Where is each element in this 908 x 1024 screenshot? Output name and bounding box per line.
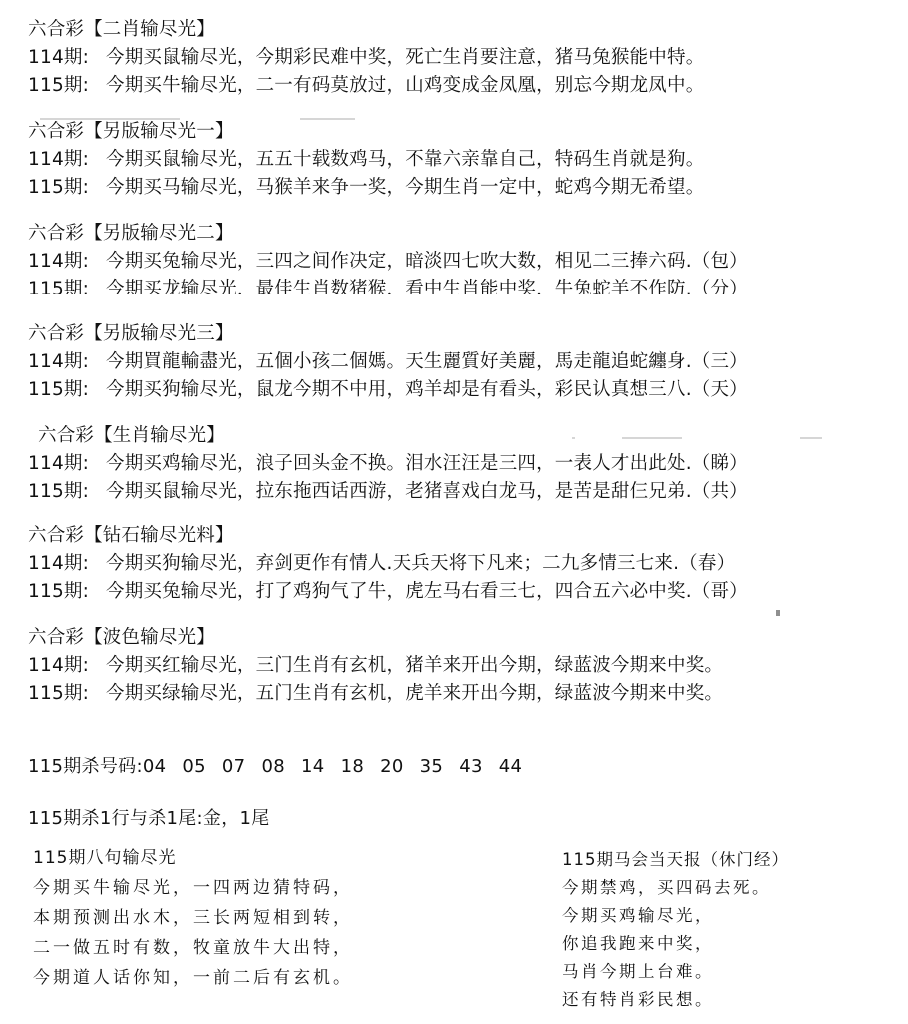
poem-line: 本期预测出水木，三长两短相到转， (33, 903, 353, 933)
scan-artifact (572, 437, 575, 439)
kill-element-tail: 115期杀1行与杀1尾:金，1尾 (28, 804, 270, 830)
issue-line: 114期:今期買龍輸盡光，五個小孩二個媽。天生麗質好美麗，馬走龍追蛇纏身.（三） (28, 348, 908, 376)
poem-line: 今期道人话你知，一前二后有玄机。 (33, 963, 353, 993)
poem-line: 今期禁鸡，买四码去死。 (562, 874, 789, 902)
issue-label: 114期: (28, 550, 106, 578)
kill-numbers-label: 115期杀号码: (28, 756, 143, 777)
issue-line: 115期:今期买兔输尽光，打了鸡狗气了牛，虎左马右看三七，四合五六必中奖.（哥） (28, 578, 908, 606)
section-title: 六合彩【二肖输尽光】 (28, 16, 908, 44)
section-title: 六合彩【另版输尽光三】 (28, 320, 908, 348)
poem-line: 今期买鸡输尽光， (562, 902, 789, 930)
section-title: 六合彩【生肖输尽光】 (28, 422, 908, 450)
issue-line: 115期:今期买绿输尽光，五门生肖有玄机，虎羊来开出今期，绿蓝波今期来中奖。 (28, 680, 908, 708)
poem-line: 二一做五时有数，牧童放牛大出特， (33, 933, 353, 963)
issue-line: 114期:今期买鼠输尽光，五五十载数鸡马，不靠六亲靠自己，特码生肖就是狗。 (28, 146, 908, 174)
issue-label: 114期: (28, 146, 106, 174)
kill-numbers-values: 04 05 07 08 14 18 20 35 43 44 (143, 756, 522, 777)
issue-label: 114期: (28, 348, 106, 376)
issue-line: 115期:今期买鼠输尽光，拉东拖西话西游，老猪喜戏白龙马，是苦是甜仨兄弟.（共） (28, 478, 908, 506)
issue-label: 114期: (28, 450, 106, 478)
issue-text: 今期买鼠输尽光，拉东拖西话西游，老猪喜戏白龙马，是苦是甜仨兄弟.（共） (106, 481, 748, 502)
issue-text: 今期买狗输尽光，弃剑更作有情人.天兵天将下凡来；二九多情三七来.（春） (106, 553, 735, 574)
issue-text: 今期買龍輸盡光，五個小孩二個媽。天生麗質好美麗，馬走龍追蛇纏身.（三） (106, 351, 748, 372)
poem-line: 你追我跑来中奖， (562, 930, 789, 958)
section-title: 六合彩【另版输尽光一】 (28, 118, 908, 146)
issue-text: 今期买狗输尽光，鼠龙今期不中用，鸡羊却是有看头，彩民认真想三八.（天） (106, 379, 748, 400)
section-erxiao: 六合彩【二肖输尽光】 114期:今期买鼠输尽光，今期彩民难中奖，死亡生肖要注意，… (28, 16, 908, 100)
issue-line: 115期:今期买牛输尽光，二一有码莫放过，山鸡变成金凤凰，别忘今期龙凤中。 (28, 72, 908, 100)
poem-line: 还有特肖彩民想。 (562, 986, 789, 1014)
issue-label: 114期: (28, 248, 106, 276)
issue-text: 今期买兔输尽光，打了鸡狗气了牛，虎左马右看三七，四合五六必中奖.（哥） (106, 581, 748, 602)
issue-label: 115期: (28, 276, 106, 294)
issue-text: 今期买绿输尽光，五门生肖有玄机，虎羊来开出今期，绿蓝波今期来中奖。 (106, 683, 723, 704)
issue-text: 今期买兔输尽光，三四之间作决定，暗淡四七吹大数，相见二三捧六码.（包） (106, 251, 748, 272)
poem-line: 马肖今期上台难。 (562, 958, 789, 986)
section-bose: 六合彩【波色输尽光】 114期:今期买红输尽光，三门生肖有玄机，猪羊来开出今期，… (28, 624, 908, 708)
scan-artifact (622, 437, 682, 439)
poem-title: 115期马会当天报（休门经） (562, 846, 789, 874)
issue-line: 115期:今期买龙输尽光，最佳生肖数猪猴，看中生肖能中奖，牛兔蛇羊不作防.（分） (28, 276, 908, 294)
issue-label: 115期: (28, 174, 106, 202)
issue-line: 114期:今期买鼠输尽光，今期彩民难中奖，死亡生肖要注意，猪马兔猴能中特。 (28, 44, 908, 72)
section-lingban-2: 六合彩【另版输尽光二】 114期:今期买兔输尽光，三四之间作决定，暗淡四七吹大数… (28, 220, 908, 294)
issue-label: 115期: (28, 478, 106, 506)
section-title: 六合彩【波色输尽光】 (28, 624, 908, 652)
issue-label: 115期: (28, 72, 106, 100)
section-shengxiao: 六合彩【生肖输尽光】 114期:今期买鸡输尽光，浪子回头金不换。泪水汪汪是三四，… (28, 422, 908, 506)
section-title: 六合彩【另版输尽光二】 (28, 220, 908, 248)
section-title: 六合彩【钻石输尽光料】 (28, 522, 908, 550)
issue-line: 114期:今期买鸡输尽光，浪子回头金不换。泪水汪汪是三四，一表人才出此处.（睇） (28, 450, 908, 478)
poem-title: 115期八句输尽光 (33, 843, 353, 873)
issue-label: 114期: (28, 652, 106, 680)
section-lingban-3: 六合彩【另版输尽光三】 114期:今期買龍輸盡光，五個小孩二個媽。天生麗質好美麗… (28, 320, 908, 404)
issue-line: 114期:今期买兔输尽光，三四之间作决定，暗淡四七吹大数，相见二三捧六码.（包） (28, 248, 908, 276)
issue-text: 今期买鼠输尽光，五五十载数鸡马，不靠六亲靠自己，特码生肖就是狗。 (106, 149, 704, 170)
issue-line: 114期:今期买狗输尽光，弃剑更作有情人.天兵天将下凡来；二九多情三七来.（春） (28, 550, 908, 578)
issue-label: 115期: (28, 376, 106, 404)
issue-text: 今期买牛输尽光，二一有码莫放过，山鸡变成金凤凰，别忘今期龙凤中。 (106, 75, 704, 96)
issue-line: 114期:今期买红输尽光，三门生肖有玄机，猪羊来开出今期，绿蓝波今期来中奖。 (28, 652, 908, 680)
issue-label: 115期: (28, 578, 106, 606)
issue-line: 115期:今期买狗输尽光，鼠龙今期不中用，鸡羊却是有看头，彩民认真想三八.（天） (28, 376, 908, 404)
issue-text: 今期买龙输尽光，最佳生肖数猪猴，看中生肖能中奖，牛兔蛇羊不作防.（分） (106, 279, 748, 294)
issue-label: 115期: (28, 680, 106, 708)
issue-text: 今期买鸡输尽光，浪子回头金不换。泪水汪汪是三四，一表人才出此处.（睇） (106, 453, 748, 474)
scan-artifact (776, 610, 780, 616)
issue-line: 115期:今期买马输尽光，马猴羊来争一奖，今期生肖一定中，蛇鸡今期无希望。 (28, 174, 908, 202)
poem-line: 今期买牛输尽光，一四两边猜特码， (33, 873, 353, 903)
kill-numbers: 115期杀号码:04 05 07 08 14 18 20 35 43 44 (28, 752, 522, 778)
section-zuanshi: 六合彩【钻石输尽光料】 114期:今期买狗输尽光，弃剑更作有情人.天兵天将下凡来… (28, 522, 908, 606)
issue-text: 今期买红输尽光，三门生肖有玄机，猪羊来开出今期，绿蓝波今期来中奖。 (106, 655, 723, 676)
poem-left: 115期八句输尽光 今期买牛输尽光，一四两边猜特码， 本期预测出水木，三长两短相… (33, 843, 353, 993)
issue-text: 今期买马输尽光，马猴羊来争一奖，今期生肖一定中，蛇鸡今期无希望。 (106, 177, 704, 198)
poem-right: 115期马会当天报（休门经） 今期禁鸡，买四码去死。 今期买鸡输尽光， 你追我跑… (562, 846, 789, 1014)
scan-artifact (800, 437, 822, 439)
issue-label: 114期: (28, 44, 106, 72)
issue-text: 今期买鼠输尽光，今期彩民难中奖，死亡生肖要注意，猪马兔猴能中特。 (106, 47, 704, 68)
section-lingban-1: 六合彩【另版输尽光一】 114期:今期买鼠输尽光，五五十载数鸡马，不靠六亲靠自己… (28, 118, 908, 202)
